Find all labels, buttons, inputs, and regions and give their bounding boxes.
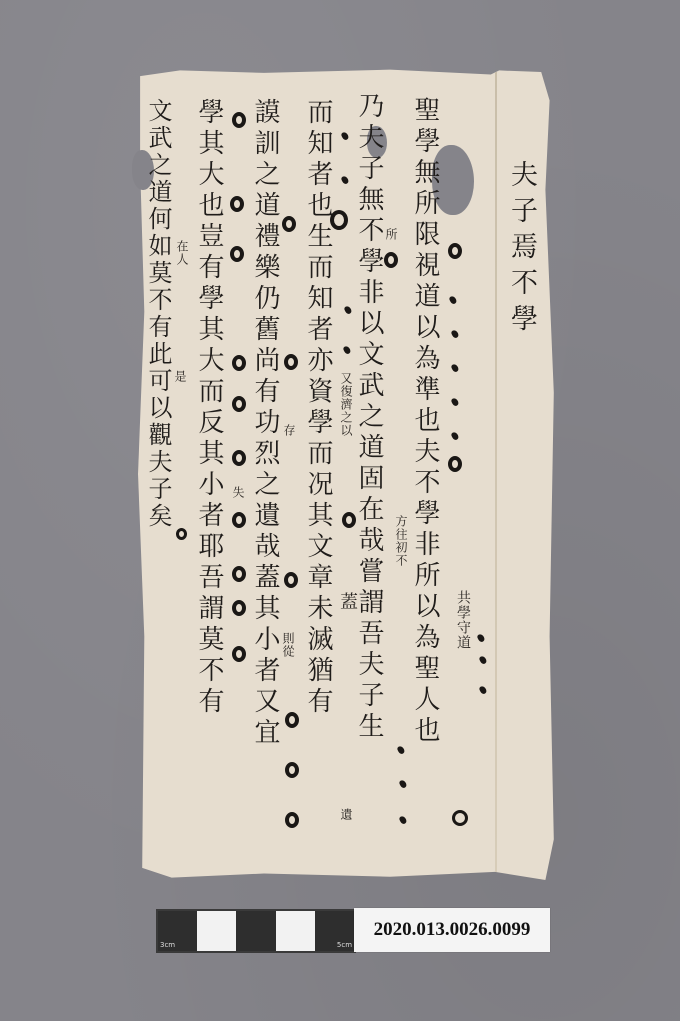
punctuation-circle	[284, 572, 298, 588]
punctuation-circle	[285, 712, 299, 728]
annotation: 遺	[340, 808, 352, 821]
punctuation-circle	[232, 396, 246, 412]
annotation: 共學守道	[456, 590, 470, 650]
text-column-6: 文武之道何如莫不有此可以觀夫子矣	[146, 98, 170, 558]
text-column-1: 聖學無所限視道以為準也夫不學非所以為聖人也	[412, 96, 438, 856]
punctuation-circle	[232, 646, 246, 662]
punctuation-circle	[232, 355, 246, 371]
punctuation-circle	[230, 196, 244, 212]
punctuation-circle	[232, 566, 246, 582]
punctuation-circle	[232, 112, 246, 128]
annotation: 則從	[282, 632, 294, 658]
fold-line	[495, 72, 497, 872]
catalog-number-label: 2020.013.0026.0099	[354, 908, 550, 952]
punctuation-circle	[285, 812, 299, 828]
punctuation-circle	[176, 528, 187, 540]
text-column-5: 學其大也豈有學其大而反其小者耶吾謂莫不有	[196, 98, 222, 858]
punctuation-circle	[448, 456, 462, 472]
text-column-4: 謨訓之道禮樂仍舊尚有功烈之遺哉蓋其小者又宜	[252, 98, 278, 858]
scale-bar: 3cm 5cm	[156, 909, 356, 953]
text-column-3: 而知者也生而知者亦資學而况其文章未滅猶有	[305, 98, 331, 858]
punctuation-circle	[330, 210, 348, 230]
punctuation-circle	[232, 450, 246, 466]
scale-segment	[236, 911, 275, 951]
annotation: 蓋	[338, 592, 356, 611]
title-column: 夫子焉不學	[508, 160, 535, 340]
punctuation-circle	[232, 600, 246, 616]
annotation: 存	[283, 424, 295, 437]
scale-segment	[197, 911, 236, 951]
punctuation-circle	[452, 810, 468, 826]
punctuation-circle	[342, 512, 356, 528]
annotation: 是	[174, 370, 186, 383]
annotation: 在人	[176, 240, 188, 266]
punctuation-circle	[230, 246, 244, 262]
punctuation-circle	[232, 512, 246, 528]
scale-label-right: 5cm	[337, 941, 352, 949]
annotation: 所	[385, 228, 397, 241]
scale-label-left: 3cm	[160, 941, 175, 949]
annotation: 方往初不	[395, 515, 407, 567]
punctuation-circle	[384, 252, 398, 268]
punctuation-circle	[284, 354, 298, 370]
scale-segment: 3cm	[158, 911, 197, 951]
text-column-2: 乃夫子無不學非以文武之道固在哉嘗謂吾夫子生	[356, 92, 382, 852]
punctuation-circle	[282, 216, 296, 232]
punctuation-circle	[285, 762, 299, 778]
scale-segment	[276, 911, 315, 951]
scale-segment: 5cm	[315, 911, 354, 951]
annotation: 失	[232, 486, 244, 499]
punctuation-circle	[448, 243, 462, 259]
annotation: 又復濟之以	[340, 372, 352, 437]
